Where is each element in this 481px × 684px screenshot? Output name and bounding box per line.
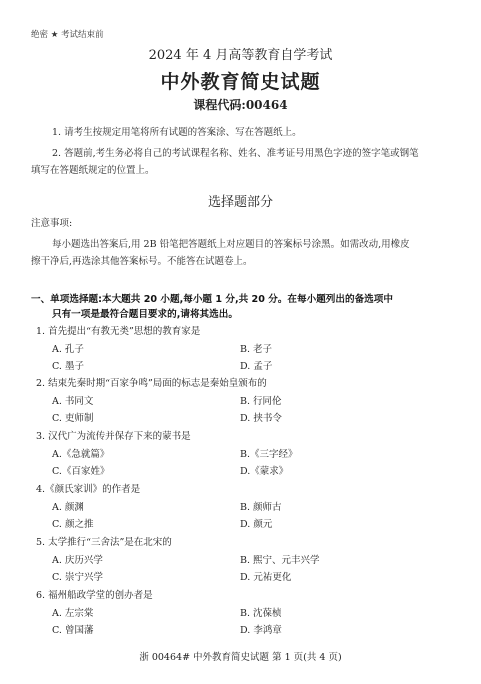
- exam-session: 2024 年 4 月高等教育自学考试: [0, 44, 481, 63]
- question-5-option-d: D. 元祐更化: [240, 569, 291, 583]
- question-3-option-a: A.《急就篇》: [52, 446, 109, 460]
- question-2-stem: 2. 结束先秦时期“百家争鸣”局面的标志是秦始皇颁布的: [36, 375, 267, 389]
- question-3-option-d: D.《蒙求》: [240, 463, 288, 477]
- question-4-stem: 4.《颜氏家训》的作者是: [36, 481, 140, 495]
- instruction-2-cont: 填写在答题纸规定的位置上。: [31, 162, 155, 176]
- question-6-stem: 6. 福州船政学堂的创办者是: [36, 587, 153, 601]
- question-2-option-d: D. 挟书令: [240, 410, 282, 424]
- question-1-option-a: A. 孔子: [52, 341, 84, 355]
- question-2-option-a: A. 书同文: [52, 393, 93, 407]
- instruction-2: 2. 答题前,考生务必将自己的考试课程名称、姓名、准考证号用黑色字迹的签字笔或钢…: [52, 145, 419, 159]
- question-3-stem: 3. 汉代广为流传并保存下来的蒙书是: [36, 428, 191, 442]
- question-1-option-d: D. 孟子: [240, 358, 272, 372]
- question-3-option-b: B.《三字经》: [240, 446, 298, 460]
- question-5-option-a: A. 庆历兴学: [52, 552, 103, 566]
- instruction-1: 1. 请考生按规定用笔将所有试题的答案涂、写在答题纸上。: [52, 124, 302, 138]
- section-title: 选择题部分: [0, 191, 481, 210]
- question-2-option-c: C. 吏师制: [52, 410, 93, 424]
- question-5-option-b: B. 熙宁、元丰兴学: [240, 552, 320, 566]
- notice-line-2: 擦干净后,再选涂其他答案标号。不能答在试题卷上。: [31, 253, 253, 267]
- question-6-option-a: A. 左宗棠: [52, 605, 93, 619]
- page-footer: 浙 00464# 中外教育简史试题 第 1 页(共 4 页): [0, 649, 481, 663]
- question-1-option-c: C. 墨子: [52, 358, 84, 372]
- question-6-option-d: D. 李鸿章: [240, 622, 282, 636]
- question-4-option-a: A. 颜渊: [52, 499, 84, 513]
- confidential-label: 绝密 ★ 考试结束前: [31, 28, 104, 40]
- course-code: 课程代码:00464: [0, 96, 481, 113]
- question-5-stem: 5. 太学推行“三舍法”是在北宋的: [36, 534, 172, 548]
- part-heading: 一、单项选择题:本大题共 20 小题,每小题 1 分,共 20 分。在每小题列出…: [31, 291, 393, 305]
- question-6-option-c: C. 曾国藩: [52, 622, 93, 636]
- question-6-option-b: B. 沈葆桢: [240, 605, 282, 619]
- question-1-option-b: B. 老子: [240, 341, 272, 355]
- part-heading-cont: 只有一项是最符合题目要求的,请将其选出。: [52, 306, 238, 320]
- question-4-option-d: D. 颜元: [240, 516, 272, 530]
- notice-line-1: 每小题选出答案后,用 2B 铅笔把答题纸上对应题目的答案标号涂黑。如需改动,用橡…: [52, 236, 410, 250]
- page-title: 中外教育简史试题: [0, 67, 481, 94]
- question-3-option-c: C.《百家姓》: [52, 463, 109, 477]
- question-5-option-c: C. 崇宁兴学: [52, 569, 103, 583]
- question-4-option-c: C. 颜之推: [52, 516, 93, 530]
- question-4-option-b: B. 颜师古: [240, 499, 282, 513]
- question-1-stem: 1. 首先提出“有教无类”思想的教育家是: [36, 323, 200, 337]
- notice-label: 注意事项:: [31, 215, 72, 229]
- question-2-option-b: B. 行同伦: [240, 393, 282, 407]
